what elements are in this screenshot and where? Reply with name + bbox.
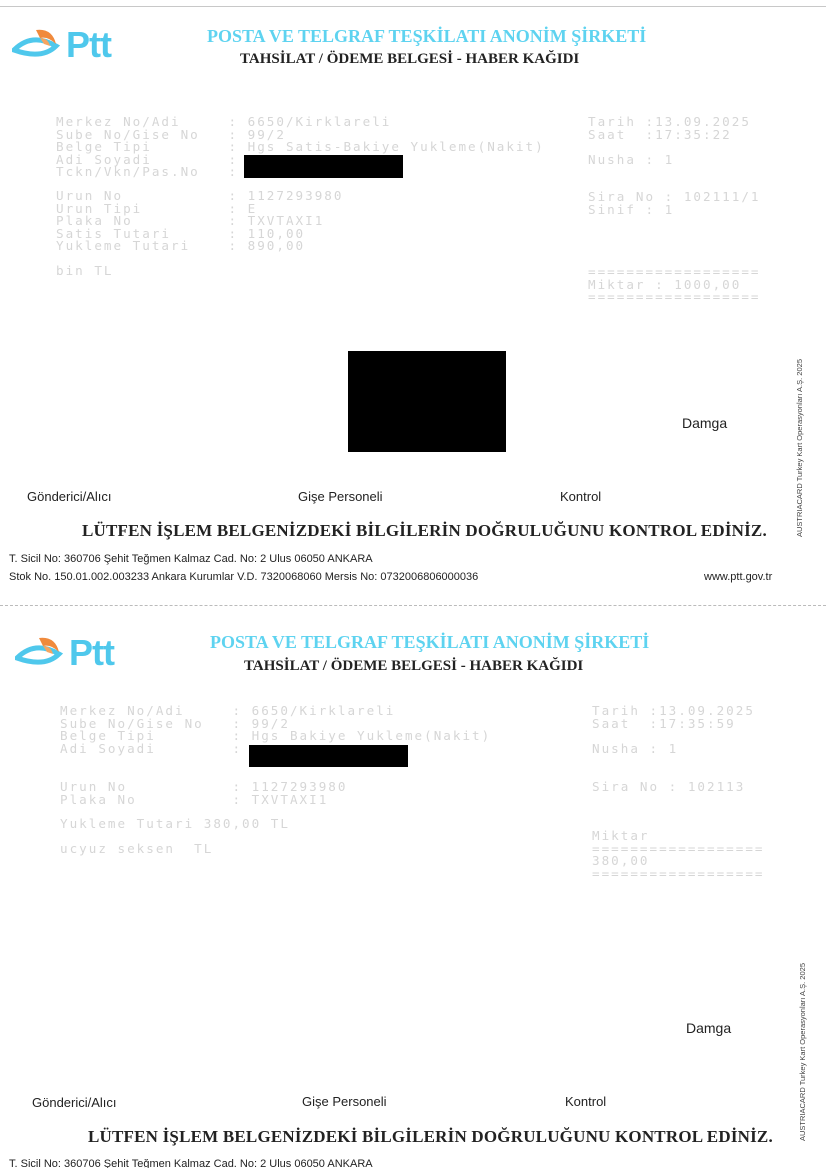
printer-side-text: AUSTRIACARD Turkey Kart Operasyonları A.… xyxy=(798,963,807,1141)
footer-tax-info: Stok No. 150.01.002.003233 Ankara Kuruml… xyxy=(9,571,478,583)
stamp-label: Damga xyxy=(686,1020,731,1036)
verification-warning: LÜTFEN İŞLEM BELGENİZDEKİ BİLGİLERİN DOĞ… xyxy=(88,1127,773,1147)
company-name: POSTA VE TELGRAF TEŞKİLATI ANONİM ŞİRKET… xyxy=(207,26,646,47)
ptt-eye-logo-icon xyxy=(15,634,67,672)
printer-side-text: AUSTRIACARD Turkey Kart Operasyonları A.… xyxy=(795,359,804,537)
signature-clerk: Gişe Personeli xyxy=(302,1094,387,1109)
ptt-logo-text: Ptt xyxy=(66,27,111,63)
verification-warning: LÜTFEN İŞLEM BELGENİZDEKİ BİLGİLERİN DOĞ… xyxy=(82,521,767,541)
redacted-name xyxy=(249,745,408,767)
document-title: TAHSİLAT / ÖDEME BELGESİ - HABER KAĞIDI xyxy=(244,658,583,675)
document-title: TAHSİLAT / ÖDEME BELGESİ - HABER KAĞIDI xyxy=(240,51,579,68)
date-time-copy: Tarih :13.09.2025 Saat :17:35:59 Nusha :… xyxy=(592,705,755,755)
date-time-copy: Tarih :13.09.2025 Saat :17:35:22 Nusha :… xyxy=(588,116,751,166)
footer-registry-address: T. Sicil No: 360706 Şehit Teğmen Kalmaz … xyxy=(9,1158,373,1168)
ptt-eye-logo-icon xyxy=(12,26,64,64)
signature-clerk: Gişe Personeli xyxy=(298,489,383,504)
total-amount: ================== Miktar : 1000,00 ====… xyxy=(588,266,760,304)
redacted-stamp-area xyxy=(348,351,506,452)
signature-sender: Gönderici/Alıcı xyxy=(32,1095,117,1110)
ptt-logo: Ptt xyxy=(15,634,114,672)
sequence-number: Sira No : 102113 xyxy=(592,781,745,794)
receipt-sale-and-load: Ptt POSTA VE TELGRAF TEŞKİLATI ANONİM Şİ… xyxy=(0,0,826,598)
product-info-fields: Urun No : 1127293980 Urun Tipi : E Plaka… xyxy=(56,190,343,253)
ptt-logo-text: Ptt xyxy=(69,635,114,671)
sequence-class: Sira No : 102111/1 Sinif : 1 xyxy=(588,191,760,216)
redacted-name-id xyxy=(244,155,403,178)
signature-control: Kontrol xyxy=(565,1094,606,1109)
signature-sender: Gönderici/Alıcı xyxy=(27,489,112,504)
signature-control: Kontrol xyxy=(560,489,601,504)
ptt-logo: Ptt xyxy=(12,26,111,64)
footer-registry-address: T. Sicil No: 360706 Şehit Teğmen Kalmaz … xyxy=(9,553,373,565)
product-info-fields: Urun No : 1127293980 Plaka No : TXVTAXI1 xyxy=(60,781,347,806)
amount-in-words: ucyuz seksen TL xyxy=(60,843,213,856)
receipt-balance-load: Ptt POSTA VE TELGRAF TEŞKİLATI ANONİM Şİ… xyxy=(0,598,826,1168)
load-amount-line: Yukleme Tutari 380,00 TL xyxy=(60,818,290,831)
website-link[interactable]: www.ptt.gov.tr xyxy=(704,571,772,583)
amount-in-words: bin TL xyxy=(56,265,114,278)
company-name: POSTA VE TELGRAF TEŞKİLATI ANONİM ŞİRKET… xyxy=(210,632,649,653)
stamp-label: Damga xyxy=(682,415,727,431)
total-amount: Miktar ================== 380,00 =======… xyxy=(592,830,764,880)
